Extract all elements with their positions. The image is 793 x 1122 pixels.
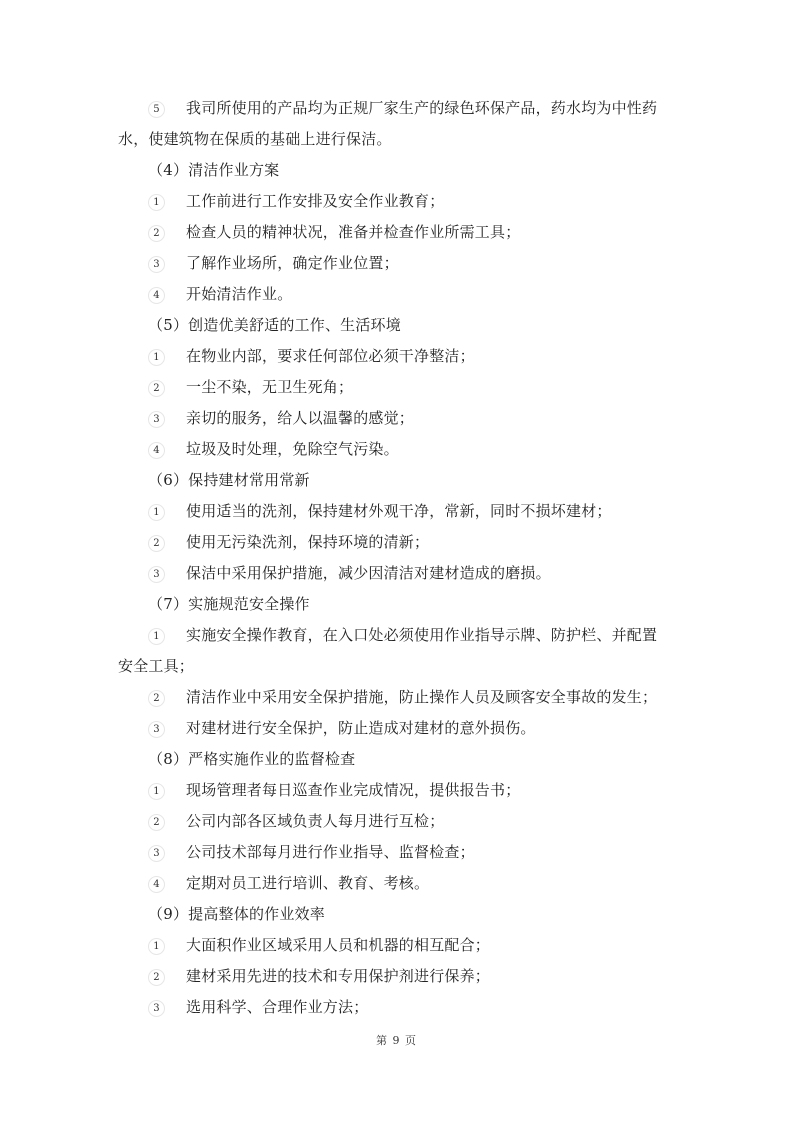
circled-number: 2 (148, 969, 165, 986)
circled-number: 3 (148, 1000, 165, 1017)
circled-number: 1 (148, 349, 165, 366)
circled-number: 2 (148, 690, 165, 707)
circled-number: 3 (148, 566, 165, 583)
list-item-text: 公司内部各区域负责人每月进行互检； (186, 812, 444, 830)
circled-number: 1 (148, 504, 165, 521)
list-item: 4开始清洁作业。 (148, 284, 708, 304)
circled-number: 4 (148, 287, 165, 304)
list-item-text: 现场管理者每日巡查作业完成情况，提供报告书； (186, 781, 520, 799)
list-item: 1现场管理者每日巡查作业完成情况，提供报告书； (148, 780, 708, 800)
section-heading: （9）提高整体的作业效率 (148, 904, 708, 924)
list-item-text: 使用无污染洗剂，保持环境的清新； (186, 533, 429, 551)
list-item: 1使用适当的洗剂，保持建材外观干净，常新，同时不损坏建材； (148, 501, 708, 521)
list-item-text: 使用适当的洗剂，保持建材外观干净，常新，同时不损坏建材； (186, 502, 612, 520)
list-item: 2清洁作业中采用安全保护措施，防止操作人员及顾客安全事故的发生； (148, 687, 708, 707)
list-item: 1工作前进行工作安排及安全作业教育； (148, 191, 708, 211)
circled-number: 3 (148, 411, 165, 428)
continuation-text: 安全工具； (118, 656, 678, 676)
list-item-text: 一尘不染，无卫生死角； (186, 378, 353, 396)
circled-number: 1 (148, 938, 165, 955)
circled-number: 2 (148, 535, 165, 552)
list-item: 3保洁中采用保护措施，减少因清洁对建材造成的磨损。 (148, 563, 708, 583)
list-item: 5我司所使用的产品均为正规厂家生产的绿色环保产品，药水均为中性药 (148, 98, 708, 118)
list-item: 3公司技术部每月进行作业指导、监督检查； (148, 842, 708, 862)
circled-number: 1 (148, 628, 165, 645)
list-item-text: 建材采用先进的技术和专用保护剂进行保养； (186, 967, 490, 985)
list-item-text: 开始清洁作业。 (186, 285, 292, 303)
list-item-text: 公司技术部每月进行作业指导、监督检查； (186, 843, 475, 861)
list-item-text: 我司所使用的产品均为正规厂家生产的绿色环保产品，药水均为中性药 (186, 99, 657, 117)
page-number-footer: 第 9 页 (0, 1032, 793, 1048)
circled-number: 3 (148, 721, 165, 738)
list-item-text: 实施安全操作教育，在入口处必须使用作业指导示牌、防护栏、并配置 (186, 626, 657, 644)
circled-number: 3 (148, 256, 165, 273)
circled-number: 2 (148, 380, 165, 397)
list-item: 3选用科学、合理作业方法； (148, 997, 708, 1017)
list-item: 2使用无污染洗剂，保持环境的清新； (148, 532, 708, 552)
section-heading: （4）清洁作业方案 (148, 160, 708, 180)
list-item-text: 保洁中采用保护措施，减少因清洁对建材造成的磨损。 (186, 564, 551, 582)
list-item: 2建材采用先进的技术和专用保护剂进行保养； (148, 966, 708, 986)
list-item: 3了解作业场所，确定作业位置； (148, 253, 708, 273)
continuation-text: 水，使建筑物在保质的基础上进行保洁。 (118, 129, 678, 149)
list-item-text: 大面积作业区域采用人员和机器的相互配合； (186, 936, 490, 954)
list-item: 3亲切的服务，给人以温馨的感觉； (148, 408, 708, 428)
list-item: 4定期对员工进行培训、教育、考核。 (148, 873, 708, 893)
section-heading: （6）保持建材常用常新 (148, 470, 708, 490)
section-heading: （5）创造优美舒适的工作、生活环境 (148, 315, 708, 335)
document-page: 5我司所使用的产品均为正规厂家生产的绿色环保产品，药水均为中性药水，使建筑物在保… (0, 0, 793, 1122)
section-heading: （8）严格实施作业的监督检查 (148, 749, 708, 769)
list-item-text: 亲切的服务，给人以温馨的感觉； (186, 409, 414, 427)
list-item: 2检查人员的精神状况，准备并检查作业所需工具； (148, 222, 708, 242)
list-item: 2一尘不染，无卫生死角； (148, 377, 708, 397)
list-item: 1大面积作业区域采用人员和机器的相互配合； (148, 935, 708, 955)
list-item-text: 选用科学、合理作业方法； (186, 998, 368, 1016)
list-item-text: 检查人员的精神状况，准备并检查作业所需工具； (186, 223, 520, 241)
list-item-text: 工作前进行工作安排及安全作业教育； (186, 192, 444, 210)
list-item-text: 在物业内部，要求任何部位必须干净整洁； (186, 347, 475, 365)
list-item-text: 对建材进行安全保护，防止造成对建材的意外损伤。 (186, 719, 536, 737)
circled-number: 3 (148, 845, 165, 862)
list-item: 4垃圾及时处理，免除空气污染。 (148, 439, 708, 459)
circled-number: 1 (148, 194, 165, 211)
list-item-text: 定期对员工进行培训、教育、考核。 (186, 874, 429, 892)
list-item-text: 了解作业场所，确定作业位置； (186, 254, 399, 272)
circled-number: 4 (148, 442, 165, 459)
list-item: 2公司内部各区域负责人每月进行互检； (148, 811, 708, 831)
list-item: 1在物业内部，要求任何部位必须干净整洁； (148, 346, 708, 366)
section-heading: （7）实施规范安全操作 (148, 594, 708, 614)
circled-number: 5 (148, 101, 165, 118)
list-item: 3对建材进行安全保护，防止造成对建材的意外损伤。 (148, 718, 708, 738)
list-item-text: 清洁作业中采用安全保护措施，防止操作人员及顾客安全事故的发生； (186, 688, 657, 706)
circled-number: 4 (148, 876, 165, 893)
circled-number: 1 (148, 783, 165, 800)
list-item: 1实施安全操作教育，在入口处必须使用作业指导示牌、防护栏、并配置 (148, 625, 708, 645)
list-item-text: 垃圾及时处理，免除空气污染。 (186, 440, 399, 458)
circled-number: 2 (148, 225, 165, 242)
circled-number: 2 (148, 814, 165, 831)
